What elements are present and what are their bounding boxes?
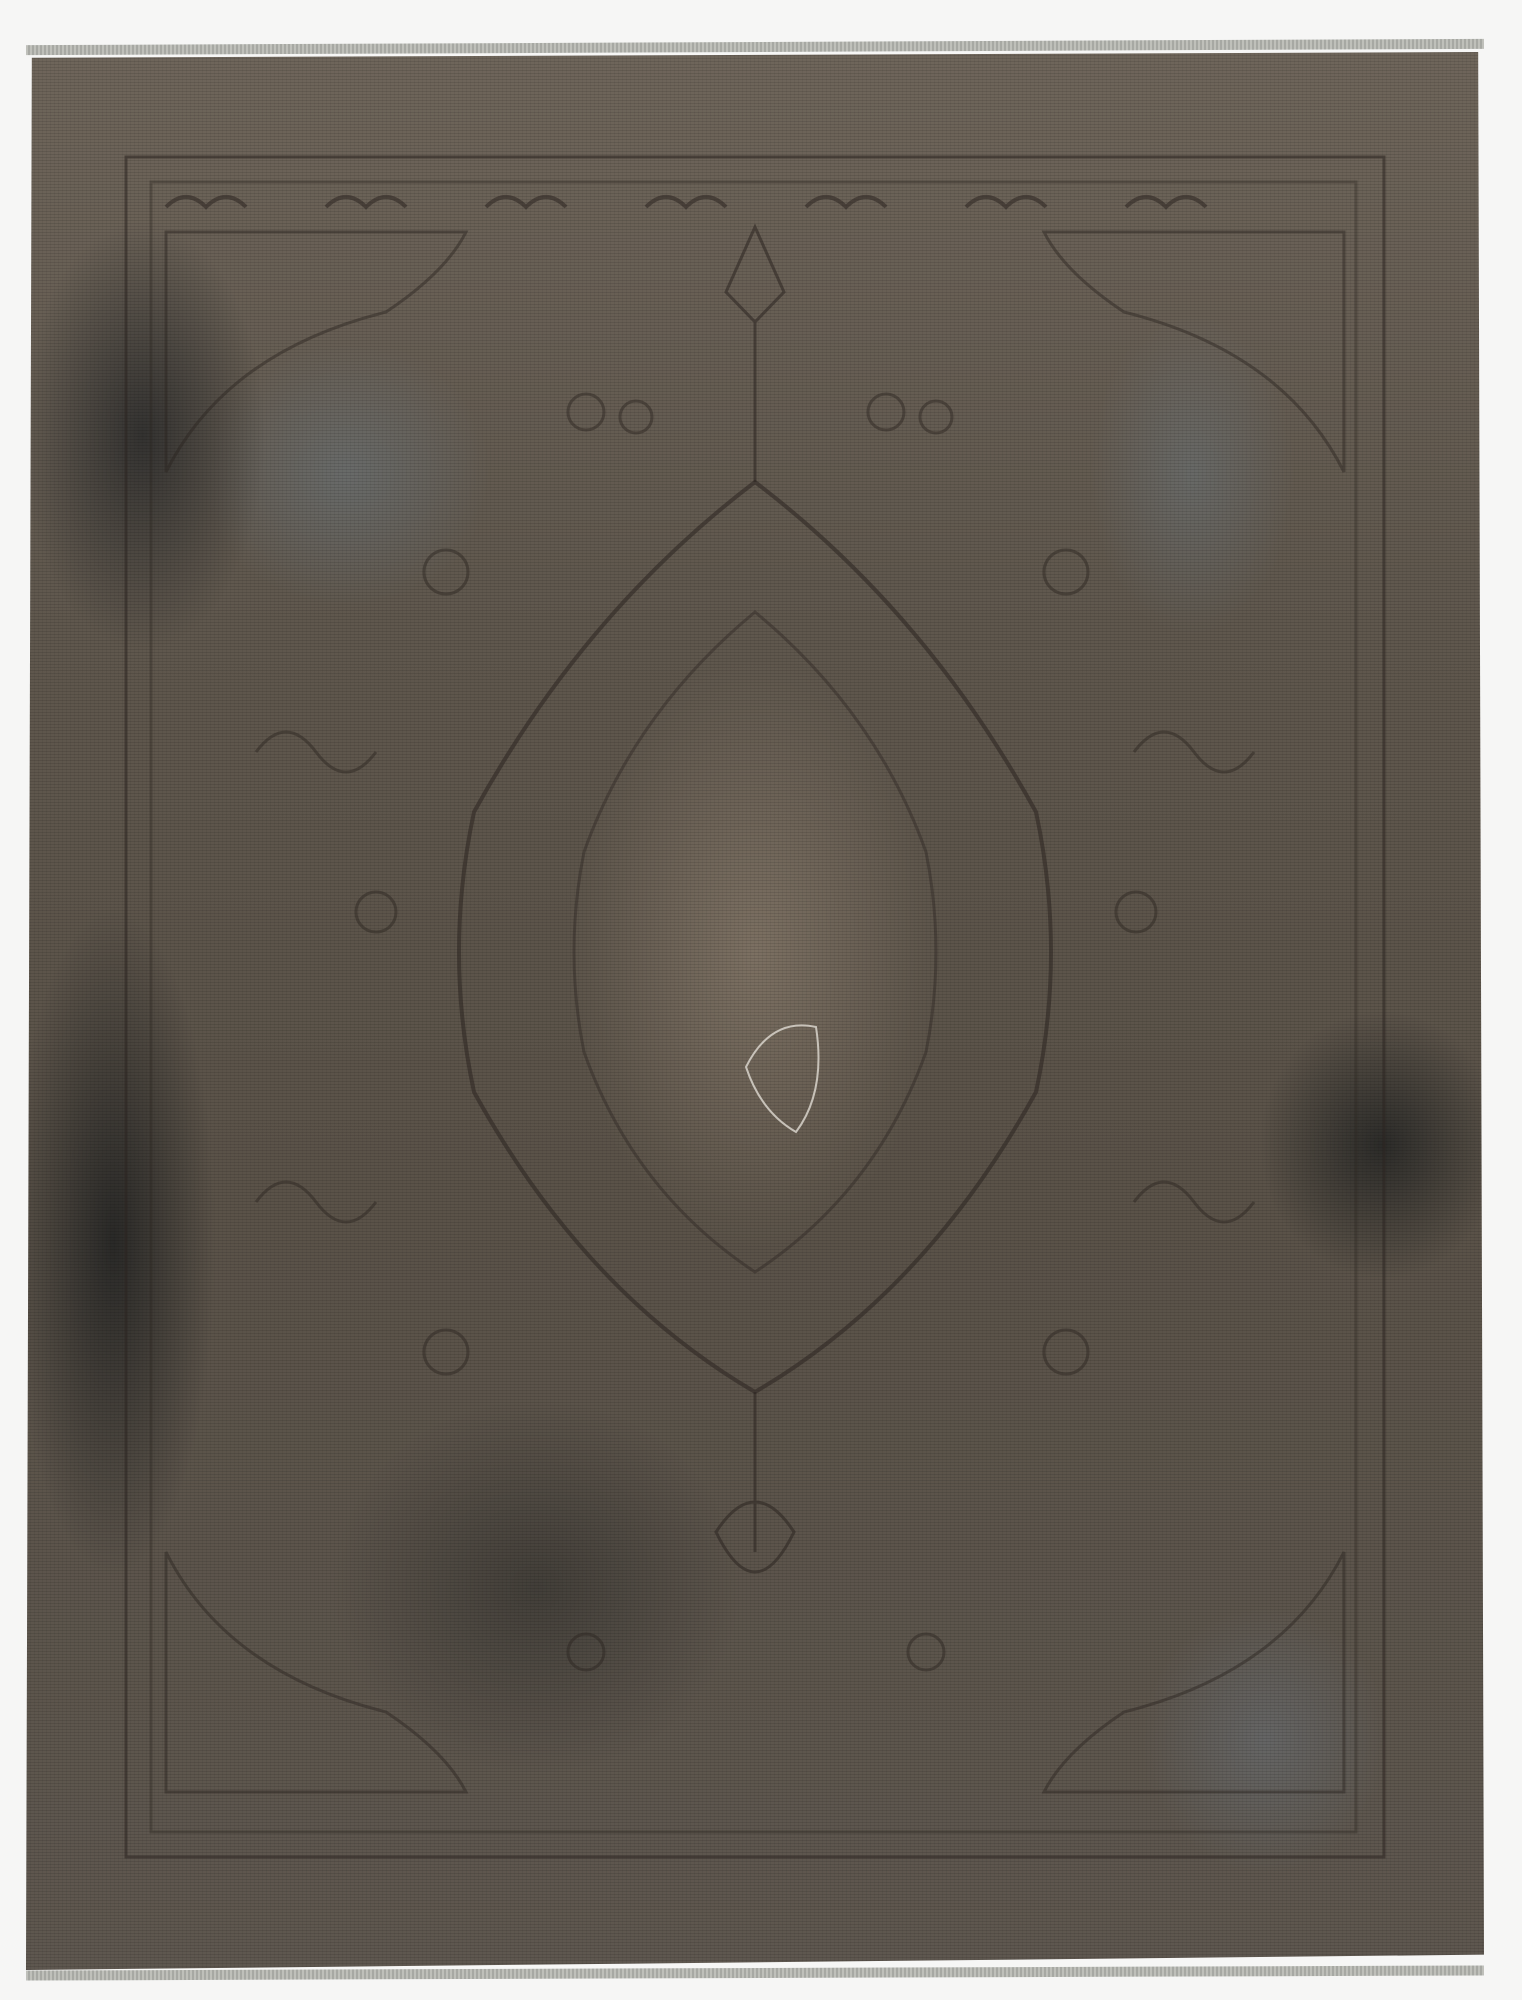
bottom-pendant — [716, 1392, 794, 1572]
rug-top-fringe — [26, 39, 1484, 55]
spandrel-top-right — [1044, 232, 1344, 472]
spandrel-bottom-left — [166, 1552, 466, 1792]
central-medallion — [459, 482, 1051, 1392]
rug-bottom-fringe — [26, 1965, 1484, 1980]
rug — [26, 52, 1484, 1970]
spandrel-top-left — [166, 232, 466, 472]
rug-pattern — [26, 52, 1484, 1970]
top-pendant — [726, 227, 784, 482]
top-border-motifs — [166, 197, 1206, 207]
spandrel-bottom-right — [1044, 1552, 1344, 1792]
stitched-repair — [746, 1025, 819, 1132]
inner-medallion — [574, 612, 936, 1272]
